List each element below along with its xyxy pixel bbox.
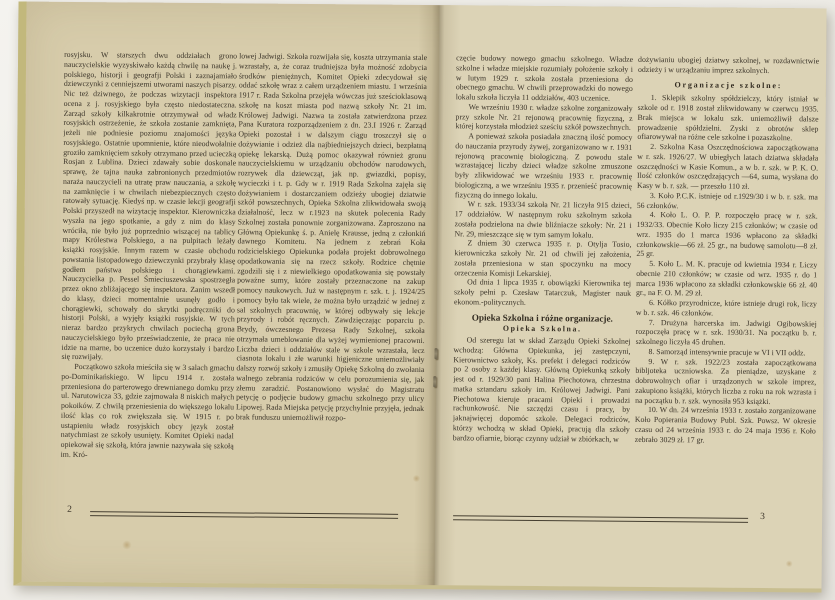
list-item: 4. Koło L. O. P. P. rozpoczęło pracę w r… — [636, 210, 817, 260]
paragraph: lowej Jadwigi. Szkoła rozwijała się, kos… — [236, 51, 427, 423]
page-number: 2 — [67, 505, 72, 515]
foxing-spot — [122, 540, 132, 549]
paragraph: dożywianiu ubogiej dziatwy szkolnej, w r… — [638, 55, 819, 76]
list-item: 2. Szkolna Kasa Oszczędnościowa zapocząt… — [637, 142, 818, 192]
foxing-spot — [786, 560, 793, 567]
list-item: 3. Koło P.C.K. istnieje od r.1929/30 i w… — [637, 191, 818, 212]
staple — [433, 376, 436, 387]
paragraph: W r. szk. 1933/34 szkoła Nr. 21 liczyła … — [455, 200, 632, 241]
open-booklet: rosyjsku. W starszych dwu oddziałach gro… — [13, 1, 826, 592]
paragraph: Z dniem 30 czerwca 1935 r. p. Otylja Tos… — [454, 239, 631, 280]
paragraph: częcie budowy nowego gmachu szkolnego. W… — [456, 53, 633, 103]
list-item: 1. Sklepik szkolny spółdzielczy, który i… — [637, 93, 818, 143]
page-2-column-2: lowej Jadwigi. Szkoła rozwijała się, kos… — [235, 51, 427, 515]
list-item: 6. Kółko przyrodnicze, które istnieje dr… — [636, 298, 817, 319]
page-3-column-1: częcie budowy nowego gmachu szkolnego. W… — [452, 53, 633, 517]
scanned-booklet-scene: rosyjsku. W starszych dwu oddziałach gro… — [0, 0, 835, 600]
paragraph: Od dnia 1 lipca 1935 r. obowiązki Kierow… — [454, 278, 631, 309]
page-number: 3 — [760, 512, 765, 522]
list-item: 5. Koło L. M. K. pracuje od kwietnia 193… — [636, 259, 817, 300]
section-heading: Opieka Szkolna i różne organizacje. — [462, 312, 623, 324]
paragraph: Początkowo szkoła mieściła się w 3 salac… — [61, 362, 235, 461]
paragraph: Od szeregu lat w skład Zarządu Opieki Sz… — [453, 335, 631, 444]
paragraph: rosyjsku. W starszych dwu oddziałach gro… — [61, 50, 237, 363]
list-item: 7. Drużyna harcerska im. Jadwigi Ogibows… — [636, 317, 817, 348]
staple — [434, 348, 437, 359]
list-item: 10. W dn. 24 września 1933 r. zostało zo… — [635, 405, 816, 446]
paragraph: A ponieważ szkoła posiadała znaczną iloś… — [455, 131, 633, 201]
list-item: 9. W r. szk. 1922/23 została zapoczątkow… — [635, 356, 816, 406]
subsection-heading: Opieka Szkolna. — [454, 324, 631, 335]
organizations-heading: Organizacje szkolne: — [638, 79, 819, 90]
page-2-column-1: rosyjsku. W starszych dwu oddziałach gro… — [60, 50, 237, 513]
page-3-column-2: dożywianiu ubogiej dziatwy szkolnej, w r… — [634, 55, 819, 519]
paragraph: We wrześniu 1930 r. władze szkolne zorga… — [455, 102, 632, 133]
